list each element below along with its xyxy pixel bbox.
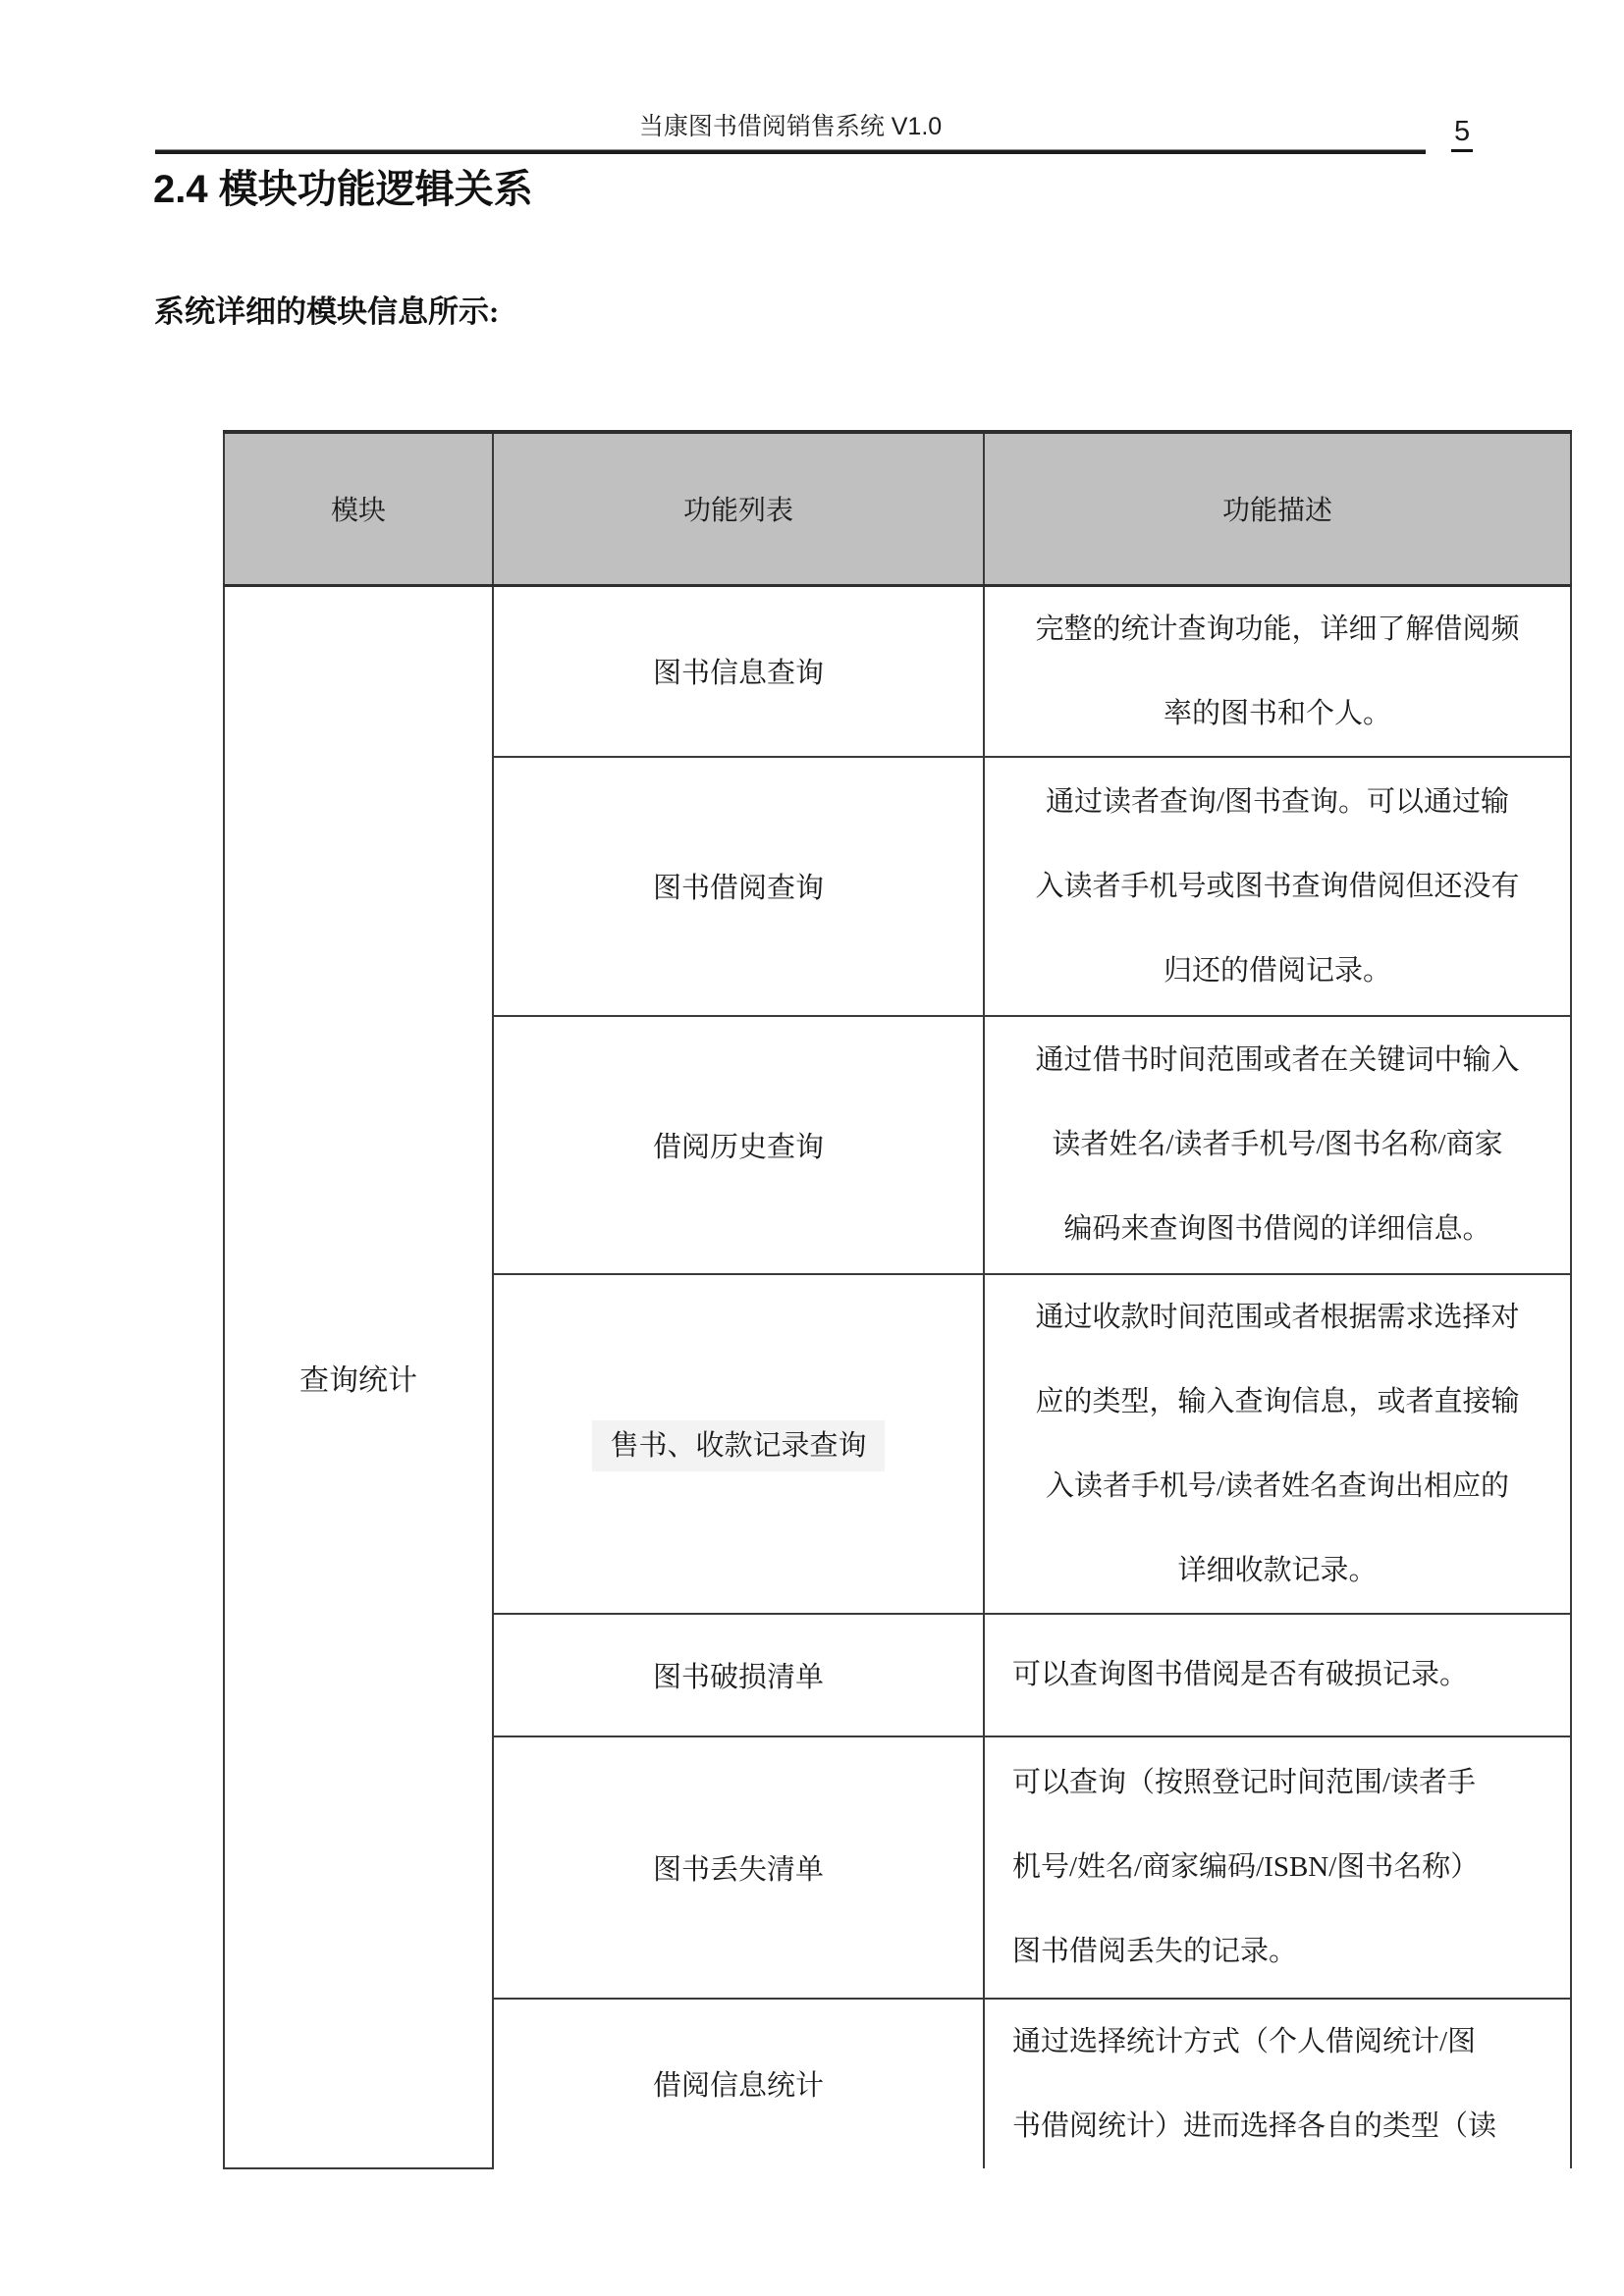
desc-cell: 可以查询（按照登记时间范围/读者手 机号/姓名/商家编码/ISBN/图书名称） … bbox=[984, 1736, 1571, 1999]
page-number: 5 bbox=[1451, 116, 1473, 152]
module-label: 查询统计 bbox=[299, 1364, 417, 1397]
feature-cell: 图书丢失清单 bbox=[493, 1736, 984, 1999]
header-rule bbox=[155, 149, 1426, 154]
header-cell-feature-desc: 功能描述 bbox=[984, 432, 1571, 585]
doc-title: 当康图书借阅销售系统 V1.0 bbox=[155, 110, 1426, 143]
header-cell-module: 模块 bbox=[224, 432, 493, 585]
modules-table: 模块 功能列表 功能描述 查询统计 图书信息查询 完整的统计查询功能，详细了解借… bbox=[223, 430, 1572, 2169]
desc-cell: 通过收款时间范围或者根据需求选择对 应的类型，输入查询信息，或者直接输 入读者手… bbox=[984, 1274, 1571, 1614]
feature-cell: 图书破损清单 bbox=[493, 1614, 984, 1736]
desc-cell: 完整的统计查询功能，详细了解借阅频 率的图书和个人。 bbox=[984, 585, 1571, 757]
desc-cell: 通过选择统计方式（个人借阅统计/图 书借阅统计）进而选择各自的类型（读 bbox=[984, 1999, 1571, 2168]
document-page: 当康图书借阅销售系统 V1.0 5 2.4 模块功能逻辑关系 系统详细的模块信息… bbox=[0, 0, 1624, 2296]
table-header-row: 模块 功能列表 功能描述 bbox=[224, 432, 1571, 585]
highlighted-feature-label: 售书、收款记录查询 bbox=[592, 1420, 884, 1471]
intro-text: 系统详细的模块信息所示: bbox=[154, 288, 499, 337]
header-cell-feature-list: 功能列表 bbox=[493, 432, 984, 585]
feature-cell: 图书信息查询 bbox=[493, 585, 984, 757]
desc-cell: 通过借书时间范围或者在关键词中输入 读者姓名/读者手机号/图书名称/商家 编码来… bbox=[984, 1016, 1571, 1274]
desc-cell: 通过读者查询/图书查询。可以通过输 入读者手机号或图书查询借阅但还没有 归还的借… bbox=[984, 757, 1571, 1016]
table-row: 查询统计 图书信息查询 完整的统计查询功能，详细了解借阅频 率的图书和个人。 bbox=[224, 585, 1571, 757]
module-cell: 查询统计 bbox=[224, 585, 493, 2168]
desc-cell: 可以查询图书借阅是否有破损记录。 bbox=[984, 1614, 1571, 1736]
feature-cell: 借阅历史查询 bbox=[493, 1016, 984, 1274]
feature-cell: 借阅信息统计 bbox=[493, 1999, 984, 2168]
section-heading: 2.4 模块功能逻辑关系 bbox=[153, 160, 533, 219]
feature-cell: 图书借阅查询 bbox=[493, 757, 984, 1016]
feature-cell: 售书、收款记录查询 bbox=[493, 1274, 984, 1614]
